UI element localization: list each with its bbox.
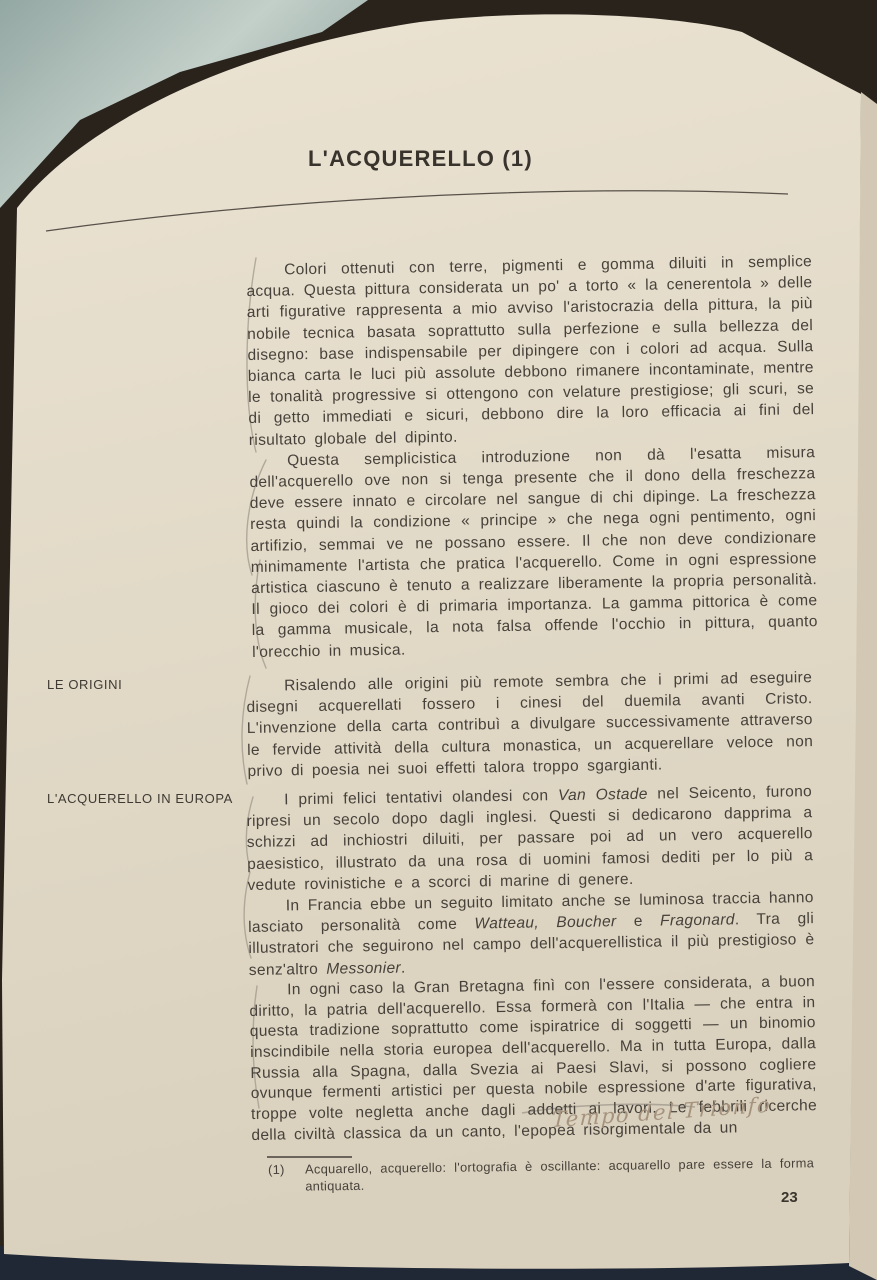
footnote-text: Acquarello, acquerello: l'ortografia è o… [305,1154,814,1194]
page-title: L'ACQUERELLO (1) [308,146,533,172]
text-segment: e [616,913,660,931]
paragraph-europa-3: In ogni caso la Gran Bretagna finì con l… [249,972,818,1146]
paragraph-europa-1: I primi felici tentativi olandesi con Va… [246,781,814,896]
artist-name: Fragonard [660,912,735,930]
page-content: L'ACQUERELLO (1) Colori ottenuti con ter… [0,0,877,1280]
intro-paragraphs: Colori ottenuti con terre, pigmenti e go… [246,251,818,663]
paragraph-intro-2: Questa semplicistica introduzione non dà… [249,442,818,663]
text-segment: I primi felici tentativi olandesi con [284,787,558,808]
origins-paragraphs: Risalendo alle origini più remote sembra… [246,667,814,782]
artist-name: Van Ostade [558,786,648,804]
europa-paragraphs: I primi felici tentativi olandesi con Va… [246,781,818,1146]
paragraph-origins: Risalendo alle origini più remote sembra… [246,667,814,782]
paragraph-europa-2: In Francia ebbe un seguito limitato anch… [248,887,815,981]
page-number: 23 [781,1189,798,1206]
margin-heading-europa: L'ACQUERELLO IN EUROPA [47,791,233,806]
paragraph-intro-1: Colori ottenuti con terre, pigmenti e go… [246,251,815,451]
text-segment: . [401,959,406,976]
artist-names: Watteau, Boucher [474,913,616,932]
footnote-marker: (1) [268,1161,305,1195]
margin-heading-origins: LE ORIGINI [47,677,122,692]
footnote: (1) Acquarello, acquerello: l'ortografia… [268,1154,814,1195]
artist-name: Messonier [326,959,401,977]
